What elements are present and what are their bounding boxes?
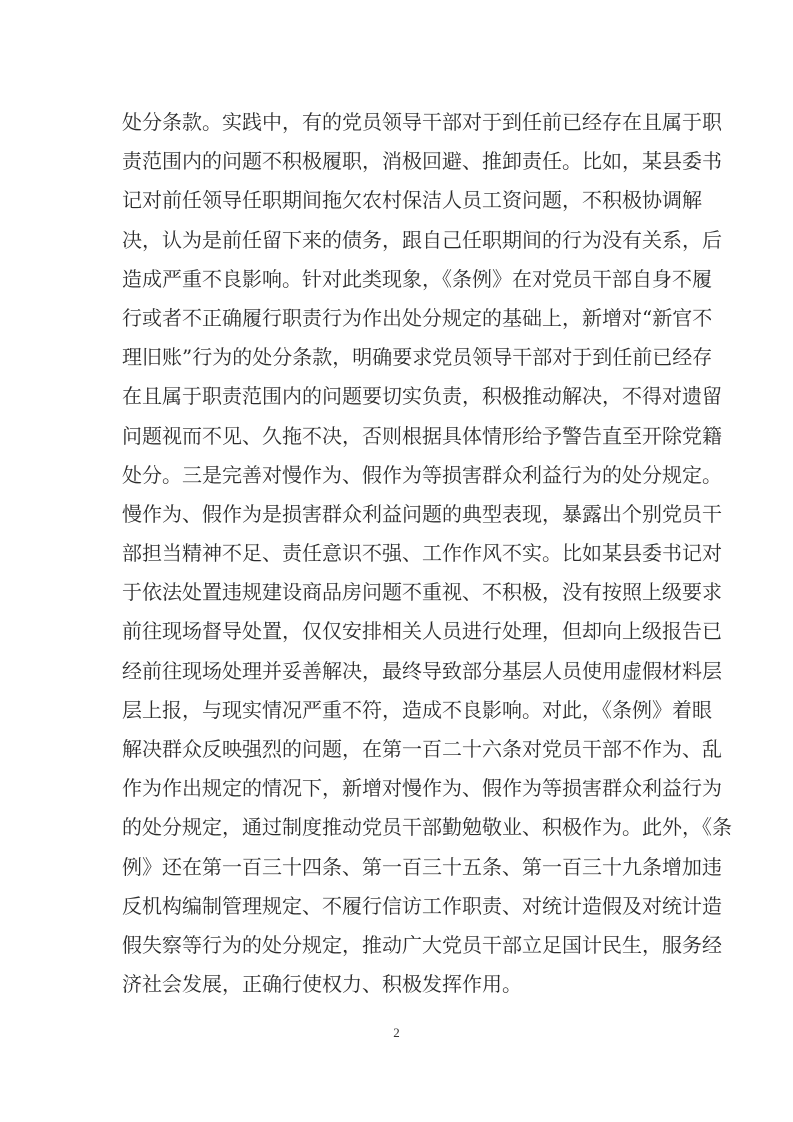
- text-line: 解决群众反映强烈的问题，在第一百二十六条对党员干部不作为、乱: [122, 730, 674, 769]
- page-number: 2: [0, 1025, 793, 1041]
- text-line: 经前往现场处理并妥善解决，最终导致部分基层人员使用虚假材料层: [122, 652, 674, 691]
- text-line: 层上报，与现实情况严重不符，造成不良影响。对此，《条例》着眼: [122, 691, 674, 730]
- text-line: 处分条款。实践中，有的党员领导干部对于到任前已经存在且属于职: [122, 103, 674, 142]
- text-line: 作为作出规定的情况下，新增对慢作为、假作为等损害群众利益行为: [122, 769, 674, 808]
- text-line: 的处分规定，通过制度推动党员干部勤勉敬业、积极作为。此外，《条: [122, 808, 674, 847]
- text-line: 处分。三是完善对慢作为、假作为等损害群众利益行为的处分规定。: [122, 456, 674, 495]
- text-line: 记对前任领导任职期间拖欠农村保洁人员工资问题，不积极协调解: [122, 181, 674, 220]
- text-line: 部担当精神不足、责任意识不强、工作作风不实。比如某县委书记对: [122, 534, 674, 573]
- document-page: 处分条款。实践中，有的党员领导干部对于到任前已经存在且属于职 责范围内的问题不积…: [0, 0, 793, 1122]
- text-line: 造成严重不良影响。针对此类现象，《条例》在对党员干部自身不履: [122, 260, 674, 299]
- text-line: 慢作为、假作为是损害群众利益问题的典型表现，暴露出个别党员干: [122, 495, 674, 534]
- text-line: 于依法处置违规建设商品房问题不重视、不积极，没有按照上级要求: [122, 573, 674, 612]
- text-line: 济社会发展，正确行使权力、积极发挥作用。: [122, 965, 674, 1004]
- text-line: 问题视而不见、久拖不决，否则根据具体情形给予警告直至开除党籍: [122, 417, 674, 456]
- text-line: 决，认为是前任留下来的债务，跟自己任职期间的行为没有关系，后: [122, 221, 674, 260]
- text-line: 理旧账”行为的处分条款，明确要求党员领导干部对于到任前已经存: [122, 338, 674, 377]
- text-line: 责范围内的问题不积极履职，消极回避、推卸责任。比如，某县委书: [122, 142, 674, 181]
- text-line: 假失察等行为的处分规定，推动广大党员干部立足国计民生，服务经: [122, 926, 674, 965]
- text-line: 行或者不正确履行职责行为作出处分规定的基础上，新增对“新官不: [122, 299, 674, 338]
- text-line: 在且属于职责范围内的问题要切实负责，积极推动解决，不得对遗留: [122, 377, 674, 416]
- body-paragraph: 处分条款。实践中，有的党员领导干部对于到任前已经存在且属于职 责范围内的问题不积…: [122, 103, 682, 1004]
- text-line: 反机构编制管理规定、不履行信访工作职责、对统计造假及对统计造: [122, 887, 674, 926]
- text-line: 例》还在第一百三十四条、第一百三十五条、第一百三十九条增加违: [122, 848, 674, 887]
- text-line: 前往现场督导处置，仅仅安排相关人员进行处理，但却向上级报告已: [122, 612, 674, 651]
